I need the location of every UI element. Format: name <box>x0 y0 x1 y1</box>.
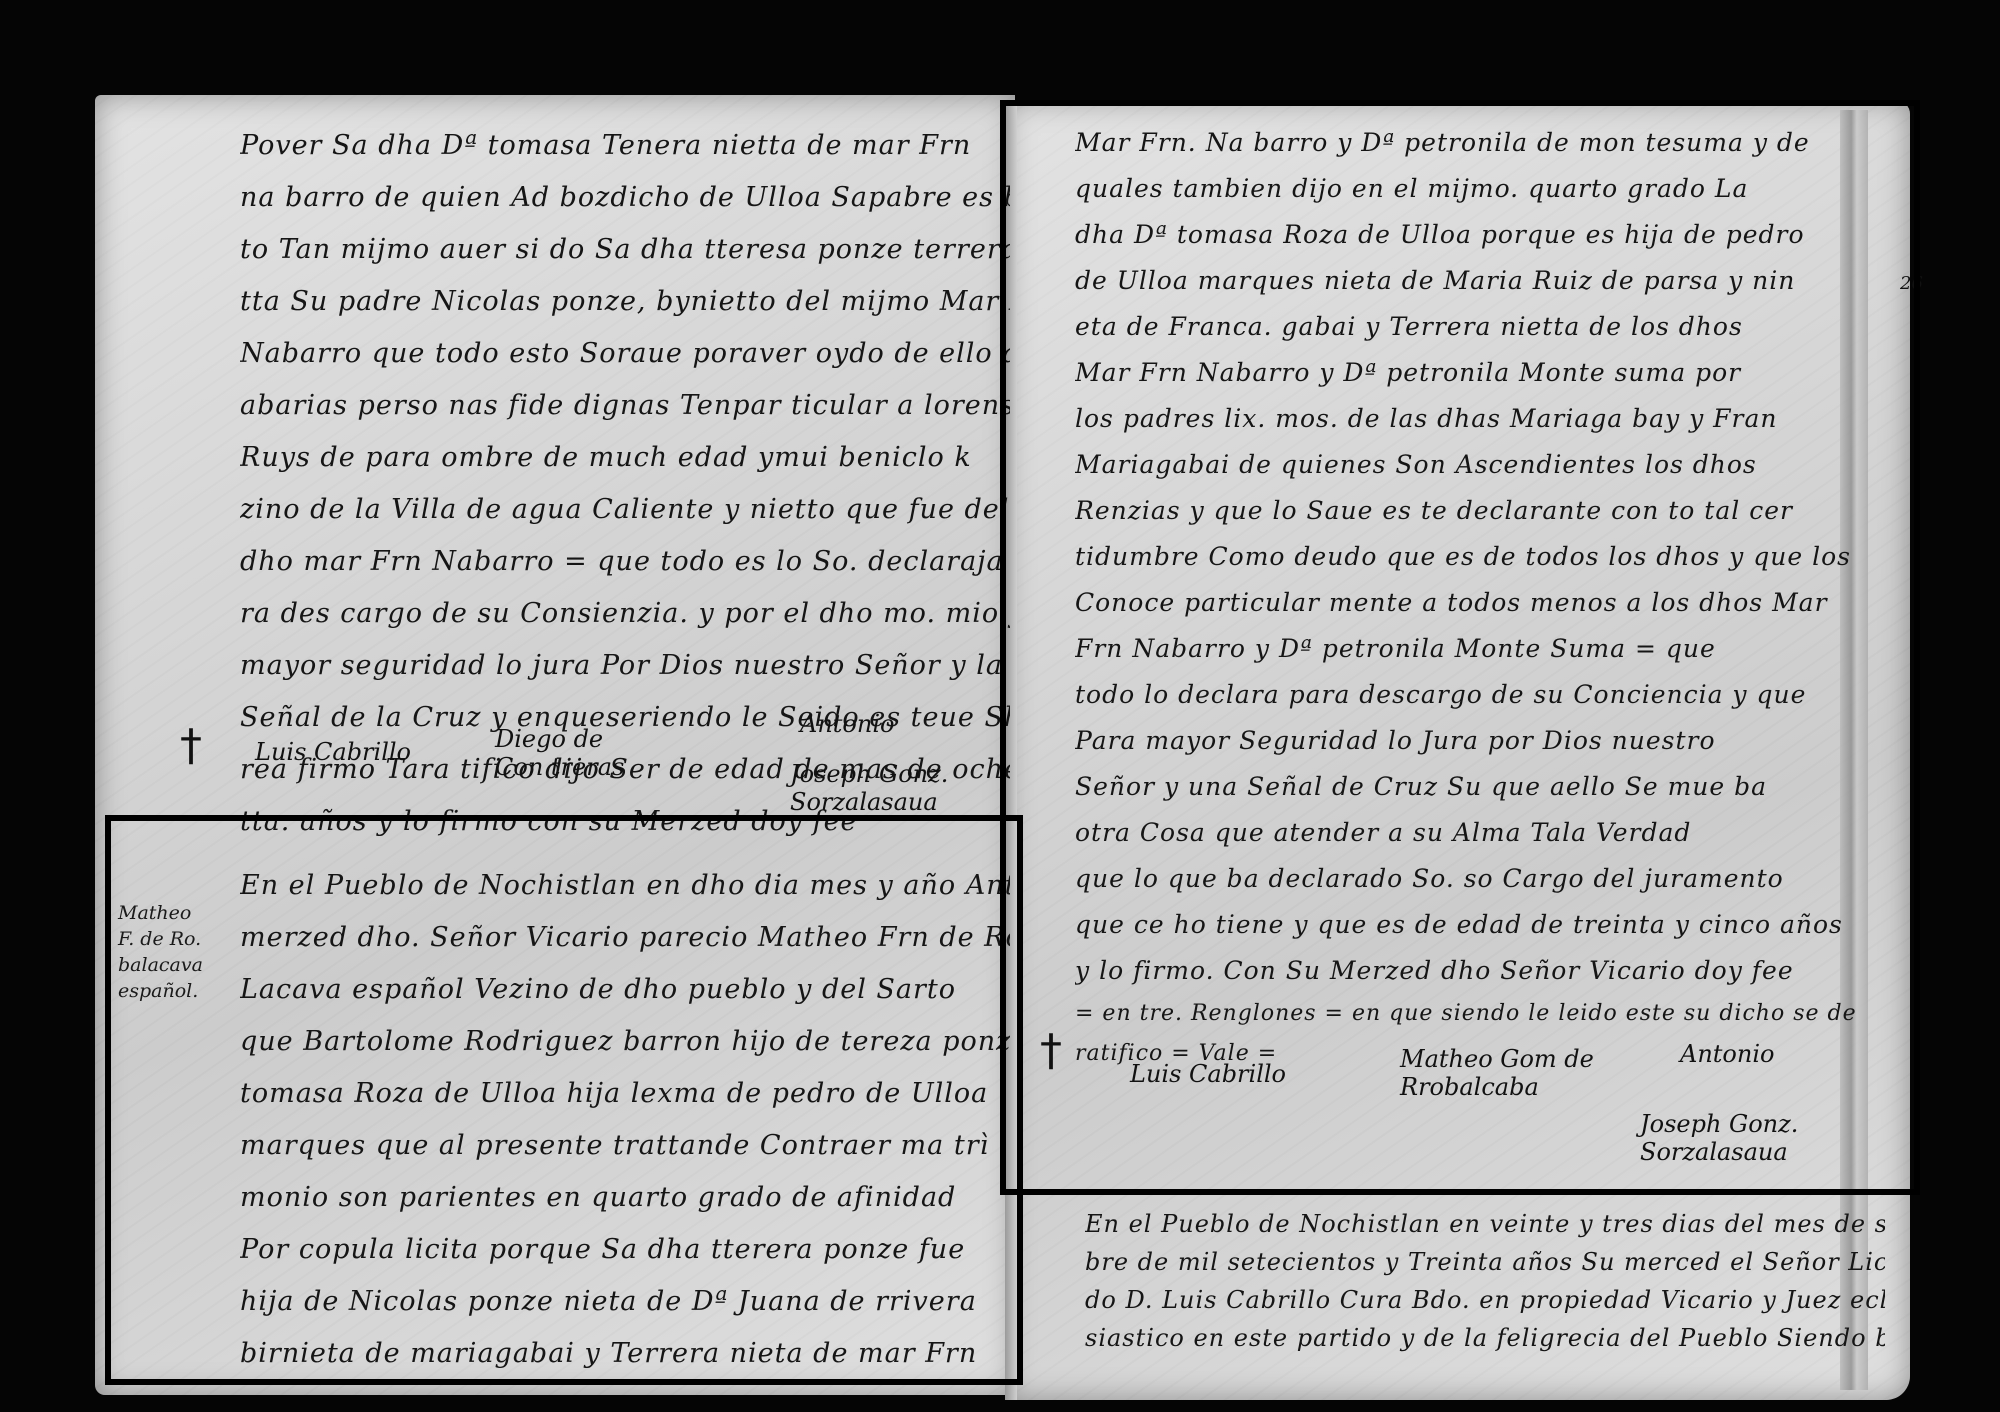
text-line: do D. Luis Cabrillo Cura Bdo. en propied… <box>1085 1281 1885 1319</box>
signature-luis-cabrillo: Luis Cabrillo <box>255 738 411 766</box>
text-line: na barro de quien Ad bozdicho de Ulloa S… <box>240 172 1010 224</box>
text-line: siastico en este partido y de la feligre… <box>1085 1319 1885 1357</box>
text-line: abarias perso nas fide dignas Tenpar tic… <box>240 380 1010 432</box>
text-line: Nabarro que todo esto Soraue poraver oyd… <box>240 328 1010 380</box>
cross-mark-icon: † <box>180 720 202 771</box>
signature-diego-contreras: Diego de Con treras <box>495 725 645 781</box>
text-line: zino de la Villa de agua Caliente y niet… <box>240 484 1010 536</box>
text-line: tta Su padre Nicolas ponze, bynietto del… <box>240 276 1010 328</box>
text-line: dho mar Frn Nabarro = que todo es lo So.… <box>240 536 1010 588</box>
text-line: ra des cargo de su Consienzia. y por el … <box>240 588 1010 640</box>
highlight-frame-left <box>105 815 1023 1385</box>
text-line: Pover Sa dha Dª tomasa Tenera nietta de … <box>240 120 1010 172</box>
text-line: En el Pueblo de Nochistlan en veinte y t… <box>1085 1205 1885 1243</box>
signature-joseph-gonzalez: Joseph Gonz. Sorzalasaua <box>790 760 980 816</box>
text-line: Ruys de para ombre de much edad ymui ben… <box>240 432 1010 484</box>
right-page-bottom-entry: En el Pueblo de Nochistlan en veinte y t… <box>1085 1205 1885 1357</box>
text-line: to Tan mijmo auer si do Sa dha tteresa p… <box>240 224 1010 276</box>
signature-antonio: Antonio <box>800 710 894 738</box>
text-line: bre de mil setecientos y Treinta años Su… <box>1085 1243 1885 1281</box>
text-line: mayor seguridad lo jura Por Dios nuestro… <box>240 640 1010 692</box>
highlight-frame-right <box>1000 100 1920 1195</box>
